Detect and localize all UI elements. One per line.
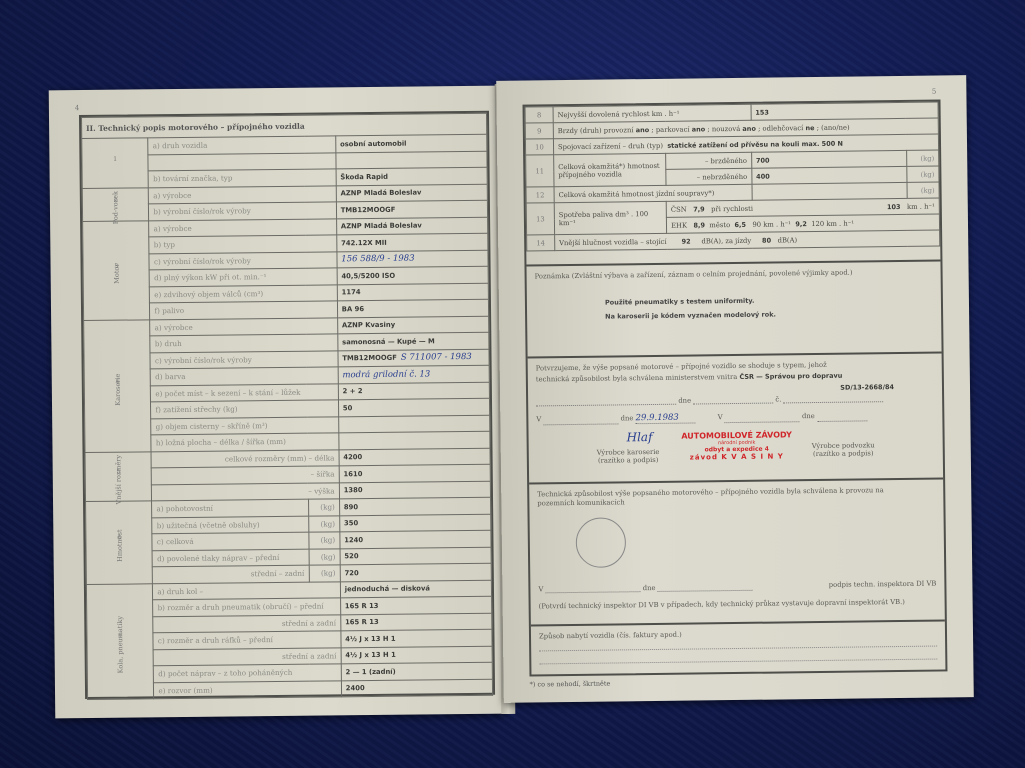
brakes-label: Brzdy (druh) provozní (558, 126, 634, 135)
printed-value: AZNP Mladá Boleslav (341, 222, 422, 231)
spec-value: 1174 (337, 283, 488, 301)
spec-label: střední a zadní (153, 647, 341, 665)
coupling-label: Spojovací zařízení – druh (typ) (558, 141, 663, 150)
ehk-90-unit: 90 km . h⁻¹ (752, 220, 791, 228)
place-line (545, 583, 640, 593)
spec-label: h) ložná plocha – délka / šířka (mm) (151, 433, 339, 451)
unit: (kg) (907, 150, 939, 166)
printed-value: 720 (345, 569, 359, 577)
spec-label: střední a zadní (153, 614, 341, 632)
spec-value: TMB12MOOGF (336, 200, 487, 218)
handwritten-signature: Hlaf (626, 430, 652, 444)
v-label: V (536, 415, 541, 423)
spec-value: 2400 (341, 679, 492, 697)
printed-value: 1610 (343, 470, 362, 478)
noise-stand-unit: dB(A), za jízdy (701, 236, 751, 245)
group-label-text: Kola, pneumatiky (116, 616, 125, 673)
body-maker-sub: (razítko a podpis) (597, 456, 660, 465)
reference-number: SD/13-2668/84 (840, 383, 894, 392)
noise-drive-value: 80 (762, 236, 771, 244)
printed-value: AZNP Mladá Boleslav (341, 189, 422, 198)
group-label: 2Pod-vozek (82, 187, 149, 221)
manufacturer-confirmation-box: Potvrzujeme, že výše popsané motorové – … (528, 351, 944, 492)
group-label: 4Karoserie (84, 319, 152, 452)
note-heading: Poznámka (Zvláštní výbava a zařízení, zá… (535, 268, 933, 281)
spec-value: 4200 (339, 448, 490, 466)
spec-value: 742.12X MII (337, 233, 488, 251)
spec-label: d) povolené tlaky náprav – přední (152, 549, 308, 567)
service-brake-value: ano (636, 126, 650, 134)
spec-label: – šířka (152, 466, 340, 484)
date-line (536, 396, 676, 407)
spec-label: e) rozvor (mm) (154, 680, 342, 698)
stamp-line: závod K V A S I N Y (672, 452, 802, 462)
spec-value: 1610 (339, 464, 490, 482)
printed-value: 2400 (346, 684, 365, 692)
row-num: 13 (526, 203, 554, 235)
spec-unit: (kg) (309, 548, 340, 565)
spec-label: – výška (152, 482, 340, 500)
c-label: č. (775, 395, 781, 403)
date-line (693, 395, 773, 405)
city-label: město (709, 221, 730, 229)
printed-value: 890 (344, 503, 358, 511)
spec-value: 1380 (339, 481, 490, 499)
spec-label: c) celková (152, 532, 308, 550)
spec-value: 156 588/9 - 1983 (337, 250, 488, 268)
row-num: 9 (525, 123, 553, 139)
spec-value: AZNP Mladá Boleslav (336, 184, 487, 202)
spec-value: 165 R 13 (340, 596, 491, 614)
note-line: Na karoserii je kódem vyznačen modelový … (605, 306, 933, 324)
handwritten-date: 29.9.1983 (635, 412, 695, 424)
date-line (817, 412, 867, 422)
spec-value: AZNP Kvasiny (337, 316, 488, 334)
spec-value: samonosná — Kupé — M (338, 332, 489, 350)
noise-drive-unit: dB(A) (778, 236, 798, 244)
printed-value: 2 — 1 (zadní) (346, 668, 396, 677)
printed-value: 165 R 13 (345, 602, 379, 610)
printed-value: 4½ J x 13 H 1 (345, 651, 395, 660)
printed-value: 40,5/5200 ISO (341, 272, 395, 281)
page-number-left: 4 (75, 104, 80, 112)
csn-speed: 103 (887, 202, 901, 210)
spec-label: a) pohotovostní (152, 499, 308, 517)
handwritten-value: modrá grilodní č. 13 (342, 369, 430, 380)
row-num: 12 (526, 187, 554, 203)
spec-label: b) typ (149, 235, 337, 253)
coupling-value: statické zatížení od přívěsu na kouli ma… (667, 139, 843, 149)
body-maker-caption: Výrobce karoserie (razítko a podpis) (597, 448, 660, 465)
note-box: Poznámka (Zvláštní výbava a zařízení, zá… (526, 259, 941, 366)
spec-value: 350 (339, 514, 490, 532)
spec-value: osobní automobil (335, 134, 486, 152)
spec-value: 50 (338, 398, 489, 416)
printed-value: 1380 (344, 486, 363, 494)
emergency-brake-value: ano (742, 124, 756, 132)
spec-value (338, 415, 489, 433)
spec-label: d) počet náprav – z toho poháněných (154, 664, 342, 682)
braked-value: 700 (751, 150, 906, 168)
printed-value: TMB12MOOGF (342, 354, 397, 363)
page-number-right: 5 (932, 88, 937, 96)
handwritten-value: S 711007 - 1983 (401, 352, 472, 363)
printed-value: 4200 (343, 453, 362, 461)
fuel-consumption-label: Spotřeba paliva dm³ . 100 km⁻¹ (554, 201, 667, 234)
printed-value: 520 (344, 552, 358, 560)
group-label: 6Hmotnost (86, 501, 153, 584)
left-page: 4 II. Technický popis motorového – přípo… (49, 86, 506, 719)
spec-value: jednoduchá — disková (340, 580, 491, 598)
unit: (kg) (907, 166, 939, 182)
spec-label: b) výrobní číslo/rok výroby (149, 202, 337, 220)
spec-label: d) plný výkon kW při ot. min.⁻¹ (150, 268, 338, 286)
printed-value: BA 96 (342, 305, 364, 313)
inspection-box: Technická způsobilost výše popsaného mot… (529, 477, 945, 634)
printed-value: jednoduchá — disková (345, 585, 430, 594)
printed-value: 1240 (344, 536, 363, 544)
spec-value: 520 (340, 547, 491, 565)
spec-label: a) výrobce (149, 185, 337, 203)
group-label: 3Motor (83, 220, 150, 320)
spec-value: BA 96 (337, 299, 488, 317)
spec-label: d) barva (151, 367, 339, 385)
spec-label: a) výrobce (149, 218, 337, 236)
technical-spec-table: II. Technický popis motorového – přípojn… (81, 113, 493, 700)
spec-label: a) druh vozidla (148, 136, 336, 154)
printed-value: TMB12MOOGF (341, 206, 396, 215)
vehicle-params-table: 8 Nejvyšší dovolená rychlost km . h⁻¹ 15… (525, 101, 941, 251)
dne-label: dne (643, 584, 656, 592)
acquisition-box: Způsob nabytí vozidla (čís. faktury apod… (531, 619, 946, 686)
group-label-text: Hmotnost (115, 530, 123, 562)
printed-value: 50 (343, 404, 353, 412)
right-page: 5 8 Nejvyšší dovolená rychlost km . h⁻¹ … (496, 75, 974, 703)
spec-label: e) počet míst – k sezení – k stání – lůž… (151, 383, 339, 401)
parking-brake-value: ano (692, 125, 706, 133)
spec-label: c) rozměr a druh ráfků – přední (153, 631, 341, 649)
unit: (kg) (907, 182, 939, 198)
printed-value: Škoda Rapid (340, 173, 388, 181)
spec-label: f) palivo (150, 301, 338, 319)
technical-description-frame: II. Technický popis motorového – přípojn… (79, 111, 495, 699)
group-label-text: Karoserie (113, 373, 121, 405)
printed-value: 350 (344, 519, 358, 527)
place-line (543, 415, 618, 425)
group-number: 1 (86, 155, 143, 163)
emergency-brake-label: ; nouzová (707, 124, 740, 132)
place-line (725, 413, 800, 423)
number-line (783, 393, 883, 403)
spec-label: f) zatížení střechy (kg) (151, 400, 339, 418)
dne-label: dne (621, 414, 634, 422)
spec-label: a) výrobce (150, 317, 338, 335)
trailer-weight-label: Celková okamžitá*) hmotnost přípojného v… (554, 153, 667, 186)
spec-value: 890 (339, 497, 490, 515)
ehk-120-value: 9,2 (795, 220, 807, 228)
spec-value: 720 (340, 563, 491, 581)
spec-value: 2 — 1 (zadní) (341, 662, 492, 680)
v-label: V (718, 413, 723, 421)
printed-value: 165 R 13 (345, 618, 379, 626)
spec-label: b) druh (150, 334, 338, 352)
spec-value: 165 R 13 (340, 613, 491, 631)
row-num: 8 (525, 107, 553, 123)
braked-label: – brzděného (666, 152, 752, 169)
group-label: 1 (82, 138, 149, 188)
spec-value: 2 + 2 (338, 382, 489, 400)
manufacturer-red-stamp: AUTOMOBILOVÉ ZÁVODY národní podnik odbyt… (672, 430, 802, 462)
unbraked-label: – nebrzděného (666, 168, 752, 185)
spec-value: TMB12MOOGFS 711007 - 1983 (338, 349, 489, 367)
spec-label: g) objem cisterny – skříně (m³) (151, 416, 339, 434)
date-line (658, 582, 753, 592)
spec-unit: (kg) (308, 515, 339, 532)
group-label: 7Kola, pneumatiky (86, 583, 154, 699)
spec-unit: (kg) (309, 565, 340, 582)
printed-value: 4½ J x 13 H 1 (345, 635, 395, 644)
group-label-text: Motor (112, 264, 120, 284)
group-label-text: Vnější rozměry (114, 455, 123, 505)
brakes-end: ; (ano/ne) (817, 123, 850, 131)
spec-label: střední – zadní (153, 565, 309, 583)
footnote: *) co se nehodí, škrtněte (530, 680, 611, 689)
city-value: 6,5 (734, 220, 746, 228)
row-num: 11 (526, 155, 554, 187)
spec-value: 1240 (340, 530, 491, 548)
printed-value: AZNP Kvasiny (342, 321, 395, 330)
spec-label: b) rozměr a druh pneumatik (obručí) – př… (153, 598, 341, 616)
spec-unit: (kg) (308, 499, 339, 516)
printed-value: osobní automobil (340, 139, 406, 148)
parking-brake-label: ; parkovací (651, 125, 689, 133)
spec-label (148, 152, 336, 170)
printed-value: 1174 (342, 288, 361, 296)
spec-label: b) tovární značka, typ (148, 169, 336, 187)
spec-value: 4½ J x 13 H 1 (341, 646, 492, 664)
spec-label: c) výrobní číslo/rok výroby (150, 350, 338, 368)
relief-brake-label: ; odlehčovací (758, 124, 803, 133)
dne-label: dne (802, 412, 815, 420)
note-content: Použité pneumatiky s testem uniformity. … (605, 292, 933, 324)
spec-label: b) užitečná (včetně obsluhy) (152, 516, 308, 534)
row-num: 10 (525, 139, 553, 155)
inspection-signature-line: V dne podpis techn. inspektora DI VB (538, 580, 936, 594)
csn-speed-label: při rychlosti (711, 204, 753, 213)
spec-unit: (kg) (308, 532, 339, 549)
unbraked-value: 400 (752, 166, 907, 184)
noise-cell: Vnější hlučnost vozidla – stojící 92 dB(… (555, 230, 940, 251)
printed-value: 742.12X MII (341, 239, 387, 247)
chassis-maker-caption: Výrobce podvozku (razítko a podpis) (812, 441, 875, 458)
csn-value: 7,9 (693, 205, 705, 213)
handwritten-value: 156 588/9 - 1983 (341, 254, 414, 265)
relief-brake-value: ne (805, 124, 814, 132)
spec-label: celkové rozměry (mm) – délka (151, 449, 339, 467)
group-label: 5Vnější rozměry (85, 451, 152, 501)
printed-value: samonosná — Kupé — M (342, 337, 435, 346)
spec-value: modrá grilodní č. 13 (338, 365, 489, 383)
right-frame: 8 Nejvyšší dovolená rychlost km . h⁻¹ 15… (523, 99, 948, 676)
inspection-note: (Potvrdí technický inspektor DI VB v pří… (539, 598, 937, 611)
spec-label: e) zdvihový objem válců (cm³) (150, 284, 338, 302)
ehk-value: 8,9 (693, 221, 705, 229)
combination-weight-value (752, 182, 907, 200)
spec-value: Škoda Rapid (336, 167, 487, 185)
spec-label: c) výrobní číslo/rok výroby (149, 251, 337, 269)
spec-value: AZNP Mladá Boleslav (336, 217, 487, 235)
ehk-120-unit: 120 km . h⁻¹ (811, 219, 854, 228)
official-stamp-circle (576, 517, 627, 568)
dne-label: dne (678, 397, 691, 405)
spec-value (339, 431, 490, 449)
chassis-maker-sub: (razítko a podpis) (812, 449, 875, 458)
ehk-label: EHK (671, 221, 687, 229)
group-label-text: Pod-vozek (111, 191, 119, 224)
noise-stand-value: 92 (682, 237, 691, 245)
spec-value (336, 151, 487, 169)
csn-label: ČSN (671, 205, 687, 213)
row-num: 14 (527, 235, 555, 251)
csn-unit: km . h⁻¹ (907, 202, 935, 210)
spec-label: a) druh kol – (153, 581, 341, 599)
confirmation-text-2: technická způsobilost byla schválena min… (536, 373, 737, 383)
inspection-text: Technická způsobilost výše popsaného mot… (537, 486, 917, 509)
spec-value: 40,5/5200 ISO (337, 266, 488, 284)
noise-label: Vnější hlučnost vozidla – stojící (559, 237, 666, 246)
inspector-signature-label: podpis techn. inspektora DI VB (829, 580, 937, 589)
ministry: ČSR — Správou pro dopravu (739, 372, 842, 381)
printed-value: 2 + 2 (343, 387, 363, 395)
spec-value: 4½ J x 13 H 1 (341, 629, 492, 647)
v-label: V (538, 585, 543, 593)
